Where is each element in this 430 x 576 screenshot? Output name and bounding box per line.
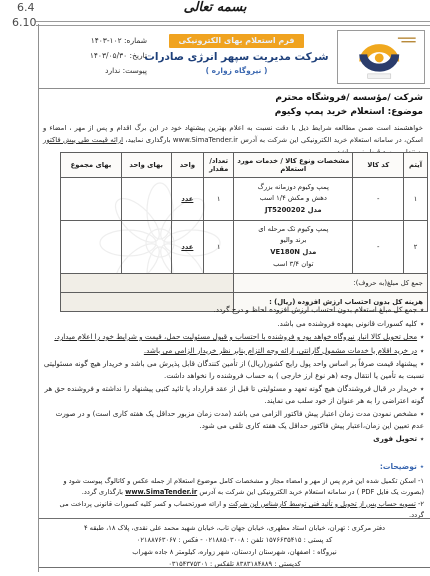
form-title-badge: فرم استعلام بهای الکترونیکی <box>169 34 303 48</box>
table-row: ۱ - پمپ وکیوم دوزمانه بزرگ دهش و مکش ۱/۴… <box>61 178 428 221</box>
plant-contacts: کدپستی : ۸۳۸۳۱۸۴۸۸۹ تلفکس : ۰۳۱۵۴۳۷۵۳۰۱ <box>39 558 430 570</box>
sum-in-words-label: جمع کل مبلغ(به حروف): <box>234 274 428 293</box>
corner-note-2: 6.10 <box>12 16 37 29</box>
inquiry-table-wrap: آیتم کد کالا مشخصات ونوع کالا / خدمات مو… <box>39 152 428 312</box>
term-item: ٭تحویل فوری <box>43 433 424 445</box>
salutation: شرکت /مؤسسه /فروشگاه محترم <box>43 91 423 105</box>
power-plant-name: ( نیروگاه زواره ) <box>139 66 334 75</box>
term-item: ٭جمع کل مبلغ استعلام بدون احتساب ارزش اف… <box>43 304 424 316</box>
item-code: - <box>353 178 404 221</box>
term-item: ٭پیشنهاد قیمت صرفاً بر اساس واحد پول رای… <box>43 358 424 381</box>
terms-list: ٭جمع کل مبلغ استعلام بدون احتساب ارزش اف… <box>43 304 424 447</box>
term-item: ٭مشخص نمودن مدت زمان اعتبار پیش فاکتور ا… <box>43 408 424 431</box>
item-description: پمپ وکیوم تک مرحله ای برند والیو مدل VE1… <box>234 221 353 274</box>
item-description: پمپ وکیوم دوزمانه بزرگ دهش و مکش ۱/۴ اسب… <box>234 178 353 221</box>
bismillah-calligraphy: بسمه تعالی <box>0 0 430 15</box>
sum-in-words-value[interactable] <box>61 274 234 293</box>
term-item: ٭در خرید اقلام یا خدمات مشمول گارانتی، ا… <box>43 345 424 357</box>
head-office-address: دفتر مرکزی : تهران، خیابان استاد مطهری، … <box>39 522 430 534</box>
logo-swirl-icon <box>341 33 421 81</box>
simatender-url[interactable]: www.SimaTender.ir <box>125 488 197 496</box>
item-qty: ۱ <box>204 178 234 221</box>
subject-line: موضوع: استعلام خرید پمپ وکیوم <box>43 105 423 120</box>
company-name: شرکت مدیریت سپهر انرژی صادرات <box>139 51 334 63</box>
head-office-contacts: کد پستی : ۱۵۷۶۶۳۵۴۱۵ تلفن : ۰۲۱۸۸۵۰۳۰۰۸ … <box>39 534 430 546</box>
document-frame: فرم استعلام بهای الکترونیکی شرکت مدیریت … <box>38 24 430 572</box>
doc-date: تاریخ: ۱۴۰۳/۰۵/۳۰ <box>47 48 147 63</box>
item-no: ۲ <box>404 221 428 274</box>
company-logo <box>337 30 425 84</box>
item-unit: عدد <box>171 221 204 274</box>
item-no: ۱ <box>404 178 428 221</box>
explanations-section: ٭توضیحات: ۱- اسکن تکمیل شده این فرم پس ا… <box>43 461 424 521</box>
item-unit: عدد <box>171 178 204 221</box>
document-meta: شماره: ۱۴۰۳-۱۰۲ تاریخ: ۱۴۰۳/۰۵/۳۰ پیوست:… <box>47 33 147 78</box>
table-header-row: آیتم کد کالا مشخصات ونوع کالا / خدمات مو… <box>61 153 428 178</box>
letterhead: فرم استعلام بهای الکترونیکی شرکت مدیریت … <box>39 24 430 89</box>
item-code: - <box>353 221 404 274</box>
plant-address: نیروگاه : اصفهان، شهرستان اردستان، شهر ز… <box>39 546 430 558</box>
term-item: ٭محل تحویل کالا انبار نیروگاه خواهد بود … <box>43 331 424 343</box>
doc-number: شماره: ۱۴۰۳-۱۰۲ <box>47 33 147 48</box>
item-total-price <box>61 221 122 274</box>
item-unit-price <box>121 178 171 221</box>
sum-in-words-row: جمع کل مبلغ(به حروف): <box>61 274 428 293</box>
intro-section: شرکت /مؤسسه /فروشگاه محترم موضوع: استعلا… <box>39 88 430 152</box>
term-item: ٭کلیه کسورات قانونی بعهده فروشنده می باش… <box>43 318 424 330</box>
item-unit-price <box>121 221 171 274</box>
footer-address-block: دفتر مرکزی : تهران، خیابان استاد مطهری، … <box>39 518 430 568</box>
explanations-title: ٭توضیحات: <box>43 461 424 474</box>
scanned-inquiry-document: { "page": { "corner_note_1": "6.4", "cor… <box>0 0 430 576</box>
simatender-url[interactable]: www.SimaTender.ir <box>173 136 238 144</box>
term-item: ٭خریدار در قبال فروشندگان هیچ گونه تعهد … <box>43 383 424 406</box>
table-row: ۲ - پمپ وکیوم تک مرحله ای برند والیو مدل… <box>61 221 428 274</box>
item-total-price <box>61 178 122 221</box>
doc-attachment: پیوست: ندارد <box>47 63 147 78</box>
explanation-1: ۱- اسکن تکمیل شده این فرم پس از مهر و ام… <box>43 476 424 499</box>
header-titles: فرم استعلام بهای الکترونیکی شرکت مدیریت … <box>139 28 334 75</box>
item-qty: ۱ <box>204 221 234 274</box>
inquiry-table: آیتم کد کالا مشخصات ونوع کالا / خدمات مو… <box>60 152 428 312</box>
